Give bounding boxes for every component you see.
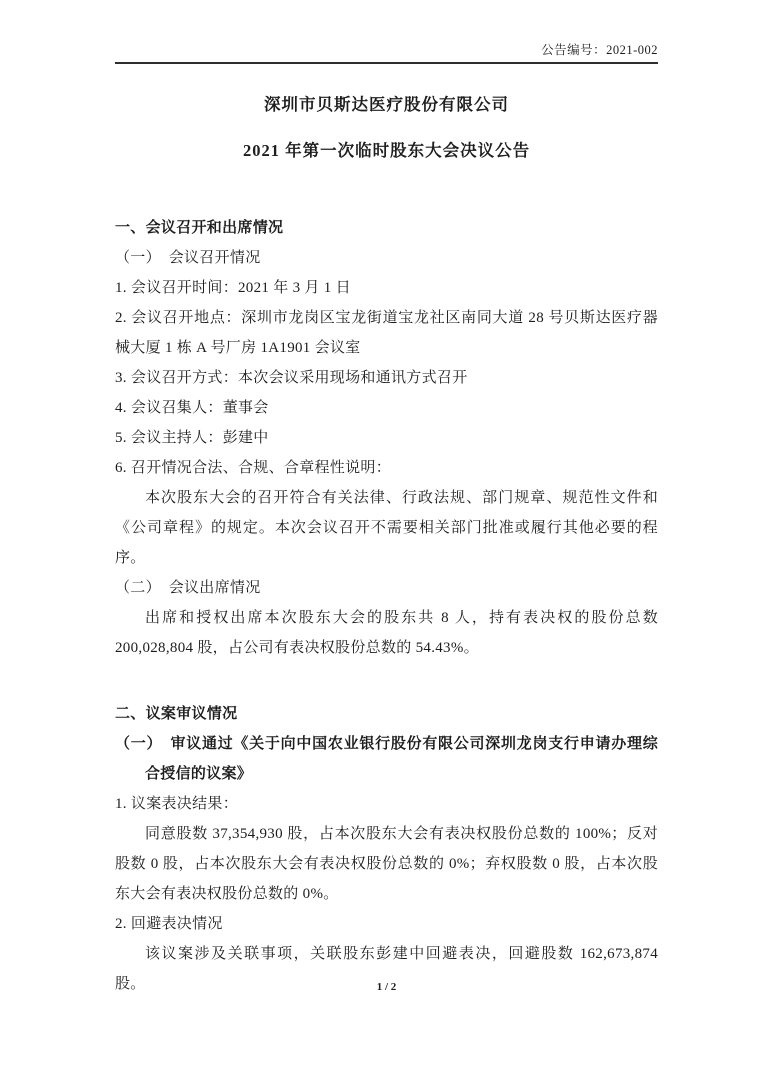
section-1-sub-1-heading: （一） 会议召开情况 [115, 243, 658, 273]
section-1-heading: 一、会议召开和出席情况 [115, 213, 658, 243]
proposal-heading: （一） 审议通过《关于向中国农业银行股份有限公司深圳龙岗支行申请办理综合授信的议… [115, 729, 658, 789]
legality-paragraph: 本次股东大会的召开符合有关法律、行政法规、部门规章、规范性文件和《公司章程》的规… [115, 483, 658, 573]
legality-label-item: 6. 召开情况合法、合规、合章程性说明： [115, 453, 658, 483]
page-number: 1 / 2 [115, 980, 658, 994]
meeting-time-item: 1. 会议召开时间：2021 年 3 月 1 日 [115, 273, 658, 303]
meeting-method-item: 3. 会议召开方式：本次会议采用现场和通讯方式召开 [115, 363, 658, 393]
vote-result-paragraph: 同意股数 37,354,930 股，占本次股东大会有表决权股份总数的 100%；… [115, 819, 658, 909]
abstention-label: 2. 回避表决情况 [115, 909, 658, 939]
meeting-place-item: 2. 会议召开地点：深圳市龙岗区宝龙街道宝龙社区南同大道 28 号贝斯达医疗器械… [115, 303, 658, 363]
company-title: 深圳市贝斯达医疗股份有限公司 [115, 95, 658, 115]
meeting-chair-item: 5. 会议主持人：彭建中 [115, 423, 658, 453]
announcement-number: 公告编号：2021-002 [115, 0, 658, 58]
attendance-paragraph: 出席和授权出席本次股东大会的股东共 8 人，持有表决权的股份总数 200,028… [115, 603, 658, 663]
vote-result-label: 1. 议案表决结果： [115, 789, 658, 819]
section-1-sub-2-heading: （二） 会议出席情况 [115, 573, 658, 603]
document-page: 公告编号：2021-002 深圳市贝斯达医疗股份有限公司 2021 年第一次临时… [0, 0, 760, 1075]
section-2-heading: 二、议案审议情况 [115, 699, 658, 729]
meeting-convener-item: 4. 会议召集人：董事会 [115, 393, 658, 423]
document-title: 2021 年第一次临时股东大会决议公告 [115, 141, 658, 161]
header-rule [115, 62, 658, 64]
